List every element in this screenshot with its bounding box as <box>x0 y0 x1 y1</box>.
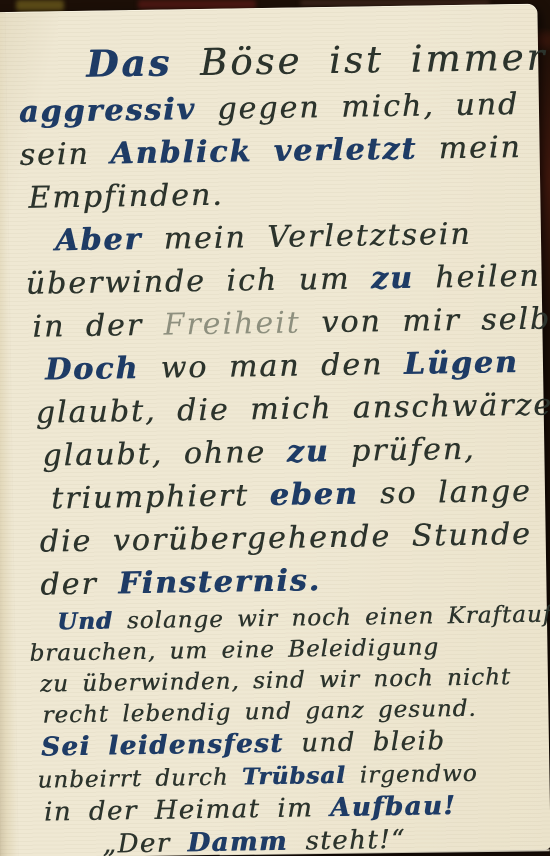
manuscript-word-segment: heilen <box>435 259 541 296</box>
manuscript-word-segment: triumphiert <box>51 478 270 516</box>
manuscript-word-segment: Aufbau! <box>330 791 457 823</box>
manuscript-word-segment: mein <box>438 130 522 166</box>
manuscript-word-segment: Empfinden. <box>28 178 224 216</box>
manuscript-line: sein Anblick verletzt mein <box>19 126 526 177</box>
manuscript-word-segment: Anblick <box>110 134 274 172</box>
manuscript-word-segment: brauchen, um eine Beleidigung <box>29 634 439 666</box>
manuscript-word-segment: Und <box>57 607 127 635</box>
manuscript-text: Das Böse ist immeraggressiv gegen mich, … <box>18 32 537 854</box>
manuscript-word-segment: eben <box>269 476 380 513</box>
manuscript-word-segment: zu <box>371 260 436 296</box>
manuscript-word-segment: sein <box>19 136 110 172</box>
manuscript-word-segment: zu überwinden, sind wir noch nicht <box>40 664 511 697</box>
manuscript-word-segment: glaubt, ohne <box>42 435 287 474</box>
manuscript-word-segment: glaubt, die mich anschwärzen <box>35 387 550 430</box>
manuscript-word-segment: Lügen <box>404 345 519 382</box>
book-page: Das Böse ist immeraggressiv gegen mich, … <box>0 4 550 856</box>
manuscript-word-segment: Aber <box>55 222 164 259</box>
manuscript-word-segment: Damm <box>187 826 305 856</box>
manuscript-word-segment: verletzt <box>273 131 439 169</box>
page-binding-edge <box>0 12 19 856</box>
manuscript-word-segment: aggressiv <box>19 92 218 130</box>
manuscript-word-segment: „Der <box>102 828 187 856</box>
manuscript-word-segment: die vorübergehende Stunde <box>39 517 532 560</box>
manuscript-word-segment: und bleib <box>301 726 446 758</box>
manuscript-word-segment: in der Heimat im <box>44 793 330 827</box>
manuscript-word-segment: Doch <box>45 351 161 388</box>
manuscript-photo: Das Böse ist immeraggressiv gegen mich, … <box>0 0 550 856</box>
manuscript-word-segment: Sei leidensfest <box>41 729 302 763</box>
background-blur-olive <box>16 0 64 11</box>
manuscript-word-segment: Freiheit <box>163 305 321 342</box>
manuscript-word-segment: solange wir noch einen Kraftaufwand <box>127 601 550 635</box>
manuscript-word-segment: so lange <box>380 474 532 511</box>
manuscript-word-segment: der <box>40 566 118 602</box>
manuscript-word-segment: steht!“ <box>305 825 406 856</box>
manuscript-word-segment: in der <box>32 308 164 345</box>
manuscript-line: Das Böse ist immer <box>18 32 525 91</box>
manuscript-word-segment: Böse ist immer <box>200 36 548 84</box>
manuscript-word-segment: Das <box>86 40 200 86</box>
manuscript-word-segment: mein Verletztsein <box>163 217 472 257</box>
manuscript-word-segment: wo man den <box>160 347 404 386</box>
manuscript-word-segment: von mir selbst. <box>321 301 550 340</box>
manuscript-word-segment: Finsternis. <box>118 563 321 601</box>
manuscript-word-segment: zu <box>286 434 351 470</box>
manuscript-word-segment: unbeirrt durch <box>37 764 242 793</box>
manuscript-word-segment: gegen mich, und <box>217 87 519 127</box>
manuscript-word-segment: irgendwo <box>360 761 478 789</box>
manuscript-word-segment: Trübsal <box>242 762 360 791</box>
manuscript-word-segment: recht lebendig und ganz gesund. <box>42 696 477 729</box>
manuscript-line: die vorübergehende Stunde <box>25 513 532 564</box>
manuscript-word-segment: prüfen, <box>351 432 476 469</box>
manuscript-word-segment: überwinde ich um <box>25 261 371 301</box>
